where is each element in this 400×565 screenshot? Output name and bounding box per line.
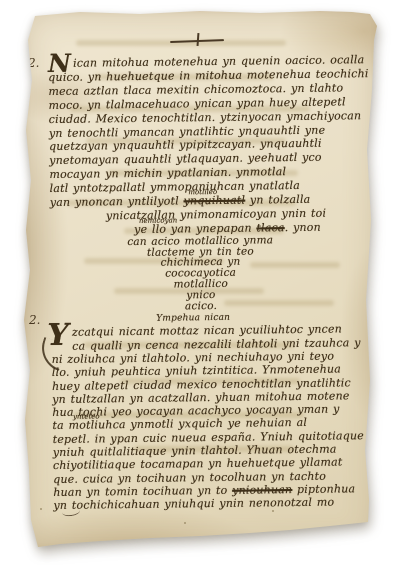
paper-speck: [184, 522, 186, 524]
manuscript-line: yn tochichicahuan yniuhqui ynin nenonotz…: [53, 495, 367, 512]
paper-shadow-wrap: 2. 2. Nican mitohua motenehua yn quenin …: [0, 0, 400, 565]
cross-vertical-stroke: [197, 33, 200, 46]
struck-word: tlaca: [256, 221, 284, 234]
folio-number: 2.: [29, 313, 40, 327]
line-text: yan ynoncan yntlilyotl: [50, 194, 184, 209]
line-text: . ynon: [285, 221, 321, 234]
line-text: yn tolzalla: [245, 193, 310, 207]
text-block: Nican mitohua motenehua yn quenin oacico…: [48, 53, 368, 512]
paper-speck: [40, 508, 42, 510]
manuscript-line: acico.: [51, 299, 351, 313]
interlinear-correction: nemicoyan: [139, 214, 177, 228]
tapered-colophon: can acico motlallico ynma tlacteme yn ti…: [50, 234, 365, 313]
corrected-passage: ynteteomotliuhca: [69, 419, 126, 433]
line-text: ynepapan: [196, 221, 257, 235]
manuscript-photo: 2. 2. Nican mitohua motenehua yn quenin …: [0, 0, 400, 565]
interlinear-correction: ynteteo: [73, 411, 100, 425]
line-text: ta: [52, 419, 68, 432]
struck-word: yniouhuan: [232, 483, 292, 497]
illuminated-initial: Y: [47, 324, 69, 348]
corrected-passage: motlileoynquihuatl: [184, 194, 246, 208]
paper-speck: [272, 510, 274, 512]
line-text: piptonhua: [292, 482, 355, 496]
folio-number: 2.: [28, 56, 39, 70]
manuscript-page: 2. 2. Nican mitohua motenehua yn quenin …: [24, 10, 378, 550]
corrected-passage: nemicoyanye llo yan: [134, 222, 196, 236]
second-paragraph: Yzcatqui nicant mottaz nican ycuiliuhtoc…: [51, 323, 367, 513]
invocation-cross-icon: [170, 31, 227, 49]
interlinear-correction: motlileo: [188, 186, 217, 200]
